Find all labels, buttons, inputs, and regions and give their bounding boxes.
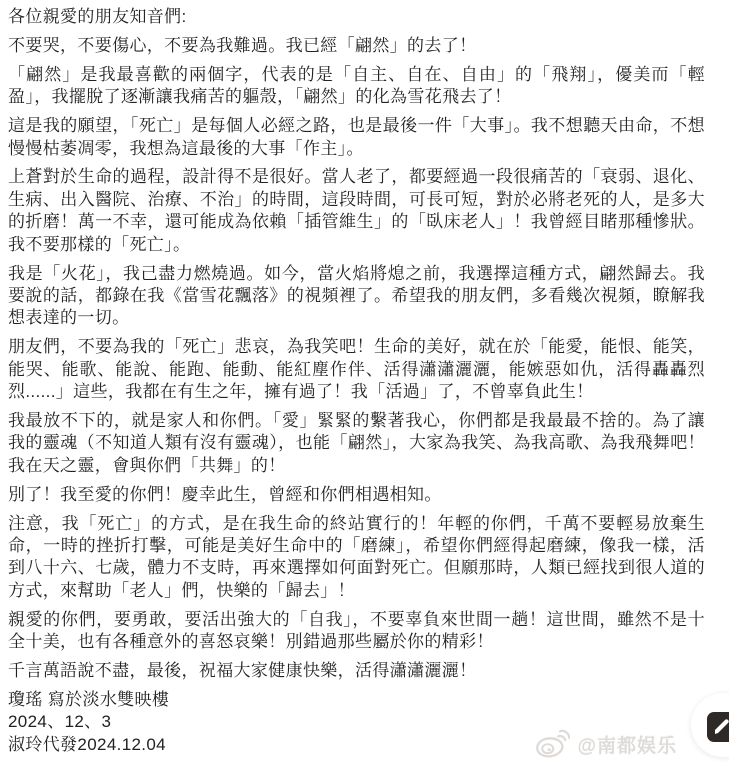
paragraph: 朋友們，不要為我的「死亡」悲哀，為我笑吧！生命的美好，就在於「能愛，能恨、能笑，… [8, 336, 705, 403]
signature-block: 瓊瑤 寫於淡水雙映樓 2024、12、3 淑玲代發2024.12.04 [8, 689, 705, 756]
signature-posted-by: 淑玲代發2024.12.04 [8, 734, 705, 756]
signature-date: 2024、12、3 [8, 711, 705, 733]
paragraph: 親愛的你們，要勇敢，要活出強大的「自我」，不要辜負來世間一趟！這世間，雖然不是十… [8, 609, 705, 654]
paragraph: 我是「火花」，我己盡力燃燒過。如今，當火焰將熄之前，我選擇這種方式，翩然歸去。我… [8, 263, 705, 330]
signature-author: 瓊瑤 寫於淡水雙映樓 [8, 689, 705, 711]
paragraph: 不要哭，不要傷心，不要為我難過。我已經「翩然」的去了！ [8, 35, 705, 57]
paragraph: 這是我的願望，「死亡」是每個人必經之路，也是最後一件「大事」。我不想聽天由命，不… [8, 115, 705, 160]
farewell-letter: 各位親愛的朋友知音們: 不要哭，不要傷心，不要為我難過。我已經「翩然」的去了！ … [0, 0, 713, 756]
edit-badge-icon [707, 712, 729, 742]
paragraph: 千言萬語說不盡，最後，祝福大家健康快樂，活得瀟瀟灑灑！ [8, 660, 705, 682]
paragraph: 我最放不下的，就是家人和你們。「愛」緊緊的繫著我心，你們都是我最最不捨的。為了讓… [8, 410, 705, 477]
paragraph: 注意，我「死亡」的方式，是在我生命的終站實行的！年輕的你們，千萬不要輕易放棄生命… [8, 513, 705, 603]
paragraph: 上蒼對於生命的過程，設計得不是很好。當人老了，都要經過一段很痛苦的「衰弱、退化、… [8, 166, 705, 256]
paragraph: 別了！我至愛的你們！慶幸此生，曾經和你們相遇相知。 [8, 484, 705, 506]
salutation: 各位親愛的朋友知音們: [8, 6, 705, 28]
paragraph: 「翩然」是我最喜歡的兩個字，代表的是「自主、自在、自由」的「飛翔」，優美而「輕盈… [8, 64, 705, 109]
